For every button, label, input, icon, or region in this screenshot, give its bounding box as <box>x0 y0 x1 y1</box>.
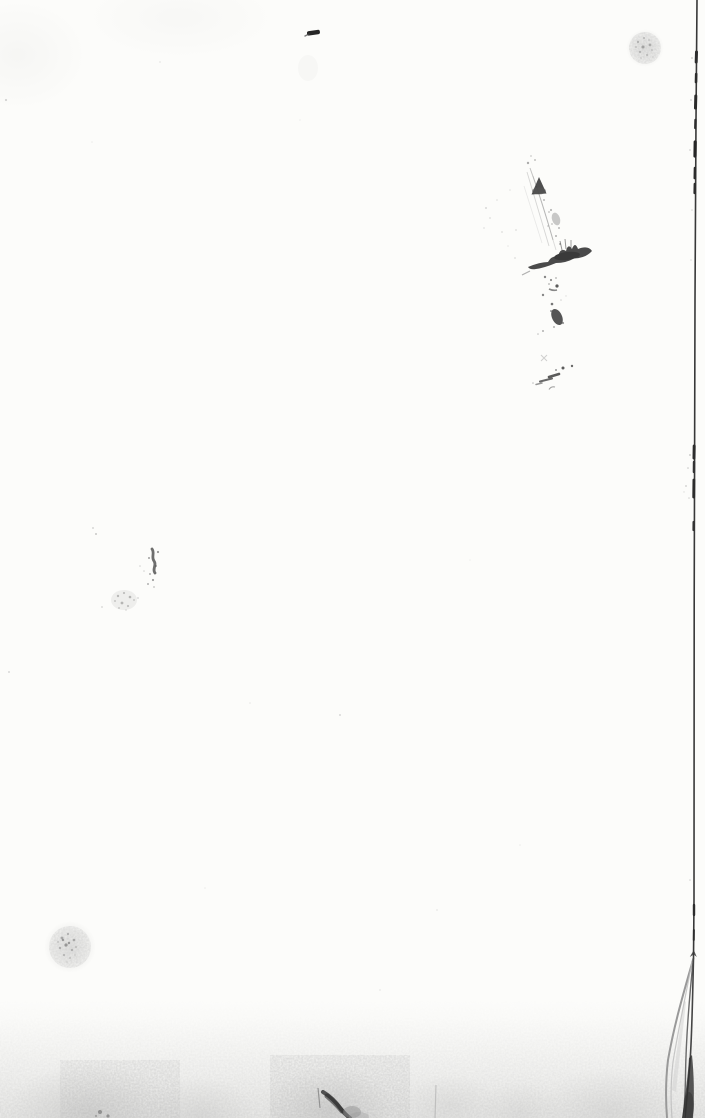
ink-marks-layer <box>0 0 705 1118</box>
large-ink-splatter <box>483 155 592 290</box>
bottom-edge-noise-band <box>0 1000 705 1118</box>
scanned-blank-page <box>0 0 705 1118</box>
top-center-ink-dash <box>298 30 320 81</box>
lower-ink-speck-trail <box>532 355 573 390</box>
bottom-left-gray-smudge <box>44 921 96 973</box>
mid-ink-speck-trail <box>537 284 567 334</box>
left-speck-cluster <box>92 527 159 611</box>
top-right-gray-smudge <box>626 29 664 67</box>
scattered-paper-specks <box>5 61 521 991</box>
right-page-edge-line <box>683 0 697 958</box>
